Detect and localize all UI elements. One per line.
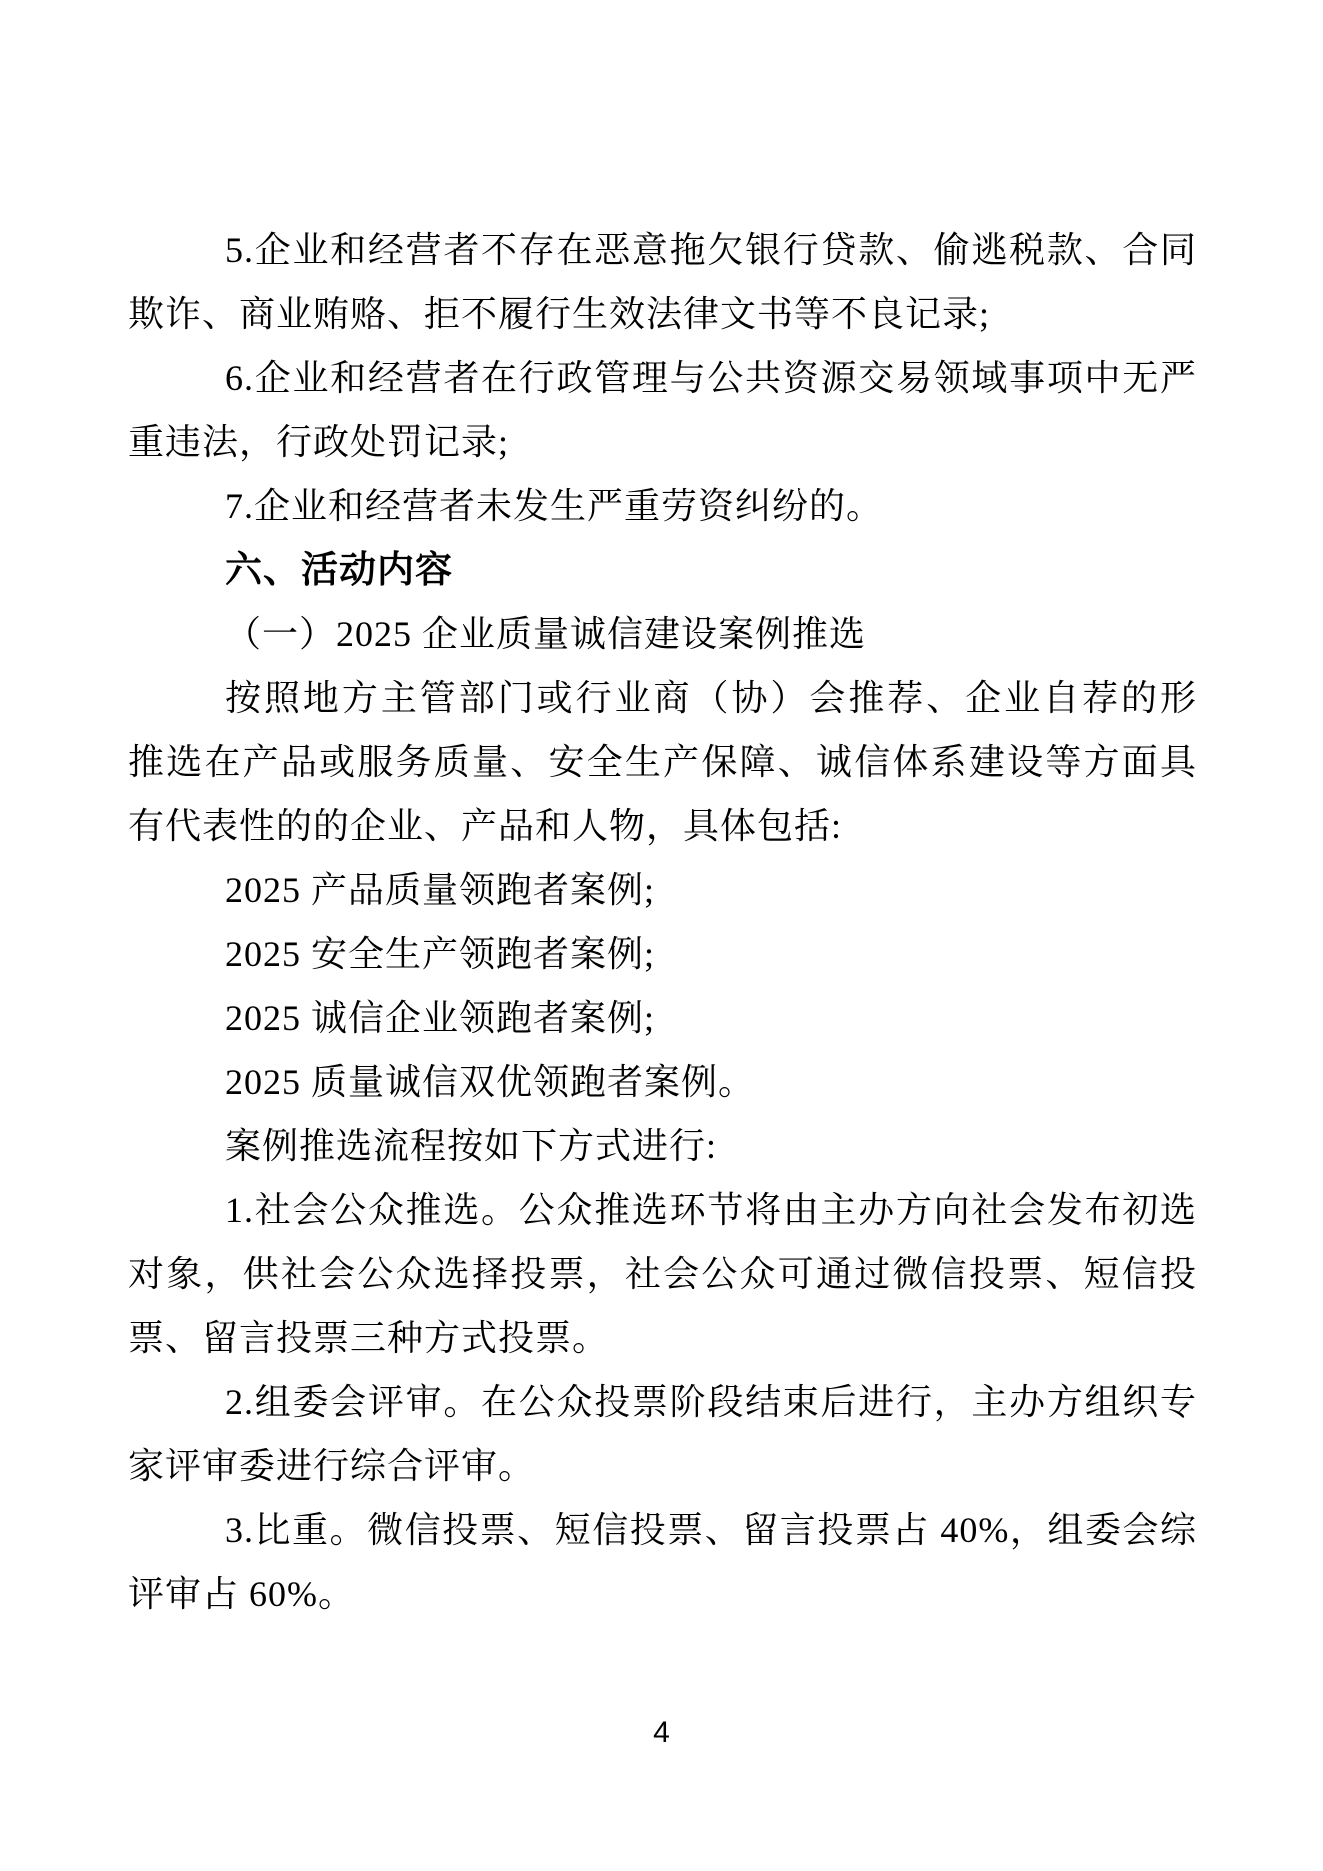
para-line: 7.企业和经营者未发生严重劳资纠纷的。 [128,474,1197,538]
para-line: 按照地方主管部门或行业商（协）会推荐、企业自荐的形式， [128,666,1197,730]
para-line: 有代表性的的企业、产品和人物，具体包括: [128,794,1197,858]
page-number: 4 [0,1713,1323,1753]
document-body: 5.企业和经营者不存在恶意拖欠银行贷款、偷逃税款、合同 欺诈、商业贿赂、拒不履行… [128,218,1197,1626]
list-item: 2025 安全生产领跑者案例; [128,922,1197,986]
para-line: 推选在产品或服务质量、安全生产保障、诚信体系建设等方面具 [128,730,1197,794]
para-line: 5.企业和经营者不存在恶意拖欠银行贷款、偷逃税款、合同 [128,218,1197,282]
list-item: 2025 质量诚信双优领跑者案例。 [128,1050,1197,1114]
section-heading: 六、活动内容 [128,538,1197,602]
para-line: 2.组委会评审。在公众投票阶段结束后进行，主办方组织专 [128,1370,1197,1434]
para-line: 欺诈、商业贿赂、拒不履行生效法律文书等不良记录; [128,282,1197,346]
document-page: 5.企业和经营者不存在恶意拖欠银行贷款、偷逃税款、合同 欺诈、商业贿赂、拒不履行… [0,0,1323,1871]
para-line: 家评审委进行综合评审。 [128,1434,1197,1498]
para-line: 案例推选流程按如下方式进行: [128,1114,1197,1178]
list-item: 2025 产品质量领跑者案例; [128,858,1197,922]
para-line: 重违法，行政处罚记录; [128,410,1197,474]
para-line: 票、留言投票三种方式投票。 [128,1306,1197,1370]
para-line: 评审占 60%。 [128,1562,1197,1626]
subsection-heading: （一）2025 企业质量诚信建设案例推选 [128,602,1197,666]
para-line: 6.企业和经营者在行政管理与公共资源交易领域事项中无严 [128,346,1197,410]
para-line: 对象，供社会公众选择投票，社会公众可通过微信投票、短信投 [128,1242,1197,1306]
list-item: 2025 诚信企业领跑者案例; [128,986,1197,1050]
para-line: 3.比重。微信投票、短信投票、留言投票占 40%，组委会综合 [128,1498,1197,1562]
para-line: 1.社会公众推选。公众推选环节将由主办方向社会发布初选 [128,1178,1197,1242]
